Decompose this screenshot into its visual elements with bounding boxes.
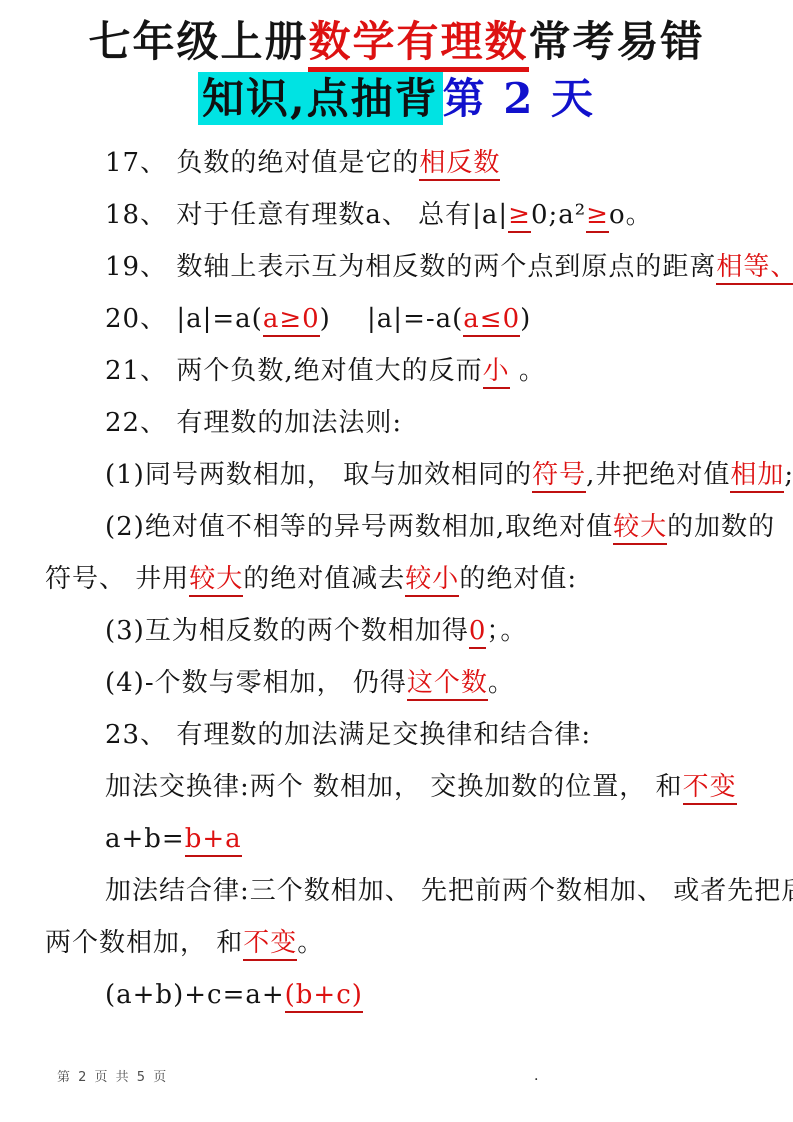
content-line-1-key-term: 相反数	[419, 148, 500, 181]
content-line-16-text: 两个数相加， 和	[45, 928, 243, 958]
content-line-1-text: 17、 负数的绝对值是它的	[105, 148, 419, 178]
content-line-9-text: 的绝对值减去	[243, 564, 405, 594]
content-line-7-key-term: 相加	[730, 460, 784, 493]
content-line-5: 21、 两个负数,绝对值大的反而小 。	[45, 345, 778, 397]
document-title: 七年级上册数学有理数常考易错知识,点抽背第 2 天	[10, 14, 783, 127]
content-line-5-key-term: 小	[483, 356, 510, 389]
content-line-10-text: (3)互为相反数的两个数相加得	[105, 616, 469, 646]
content-line-2: 18、 对于任意有理数a、 总有|a|≥0;a²≥o。	[45, 189, 778, 241]
content-line-9-text: 的绝对值:	[459, 564, 577, 594]
content-line-9-text: 符号、 井用	[45, 564, 189, 594]
content-line-1: 17、 负数的绝对值是它的相反数	[45, 137, 778, 189]
content-line-12: 23、 有理数的加法满足交换律和结合律:	[45, 709, 778, 761]
content-line-7-text: ;	[784, 460, 793, 490]
content-line-7: (1)同号两数相加， 取与加效相同的符号,井把绝对值相加;	[45, 449, 778, 501]
content-line-8-key-term: 较大	[613, 512, 667, 545]
content-line-2-text: 0;a²	[531, 200, 586, 230]
content-line-10: (3)互为相反数的两个数相加得0；。	[45, 605, 778, 657]
content-line-6-text: 22、 有理数的加法法则:	[105, 408, 402, 438]
content-line-17-text: (a+b)+c=a+	[105, 980, 285, 1010]
content-line-17-key-term: (b+c)	[285, 980, 363, 1013]
content-line-3-text: 19、 数轴上表示互为相反数的两个点到原点的距离	[105, 252, 716, 282]
document-page: 七年级上册数学有理数常考易错知识,点抽背第 2 天 17、 负数的绝对值是它的相…	[0, 0, 793, 1122]
content-line-10-key-term: 0	[469, 616, 487, 649]
title-line-1-text: 常考易错	[529, 17, 705, 66]
content-line-4-text: 20、 |a|=a(	[105, 304, 263, 334]
content-line-2-key-term: ≥	[508, 200, 531, 233]
content-line-15-text: 加法结合律:三个数相加、 先把前两个数相加、 或者先把后	[105, 876, 793, 906]
content-line-13-key-term: 不变	[683, 772, 737, 805]
content-line-10-text: ；。	[486, 616, 527, 646]
content-line-11-key-term: 这个数	[407, 668, 488, 701]
title-line-1: 七年级上册数学有理数常考易错	[10, 14, 783, 71]
page-number: 第 2 页 共 5 页	[57, 1066, 168, 1085]
content-line-5-text: 21、 两个负数,绝对值大的反而	[105, 356, 483, 386]
stray-dot-mark: .	[534, 1068, 538, 1084]
content-line-9-key-term: 较小	[405, 564, 459, 597]
content-line-11-text: (4)-个数与零相加， 仍得	[105, 668, 407, 698]
title-line-2: 知识,点抽背第 2 天	[10, 71, 783, 128]
title-line-1-key-term: 数学有理数	[308, 17, 528, 72]
content-line-9-key-term: 较大	[189, 564, 243, 597]
content-line-11: (4)-个数与零相加， 仍得这个数。	[45, 657, 778, 709]
content-line-15: 加法结合律:三个数相加、 先把前两个数相加、 或者先把后	[45, 865, 778, 917]
content-line-2-text: o。	[609, 200, 653, 230]
content-line-4-text: )	[520, 304, 531, 334]
title-line-1-text: 七年级上册	[88, 17, 308, 66]
content-line-2-key-term: ≥	[586, 200, 609, 233]
content-line-4-key-term: a≤0	[463, 304, 520, 337]
content-line-16-key-term: 不变	[243, 928, 297, 961]
content-line-5-text: 。	[510, 356, 546, 386]
title-line-2-text: 第 2 天	[443, 74, 595, 123]
title-line-2-text: 知识,点抽背	[198, 72, 443, 125]
content-line-2-text: 18、 对于任意有理数a、 总有|a|	[105, 200, 508, 230]
document-body: 17、 负数的绝对值是它的相反数18、 对于任意有理数a、 总有|a|≥0;a²…	[45, 137, 778, 1021]
content-line-8-text: 的加数的	[667, 512, 775, 542]
content-line-3: 19、 数轴上表示互为相反数的两个点到原点的距离相等、	[45, 241, 778, 293]
content-line-17: (a+b)+c=a+(b+c)	[45, 969, 778, 1021]
content-line-12-text: 23、 有理数的加法满足交换律和结合律:	[105, 720, 591, 750]
content-line-4-key-term: a≥0	[263, 304, 320, 337]
content-line-11-text: 。	[488, 668, 515, 698]
content-line-16: 两个数相加， 和不变。	[45, 917, 778, 969]
content-line-3-key-term: 相等、	[716, 252, 793, 285]
content-line-6: 22、 有理数的加法法则:	[45, 397, 778, 449]
content-line-14-key-term: b+a	[185, 824, 242, 857]
content-line-4-text: ) |a|=-a(	[320, 304, 464, 334]
content-line-7-key-term: 符号	[532, 460, 586, 493]
content-line-13: 加法交换律:两个 数相加， 交换加数的位置， 和不变	[45, 761, 778, 813]
content-line-7-text: (1)同号两数相加， 取与加效相同的	[105, 460, 532, 490]
content-line-13-text: 加法交换律:两个 数相加， 交换加数的位置， 和	[105, 772, 683, 802]
content-line-14: a+b=b+a	[45, 813, 778, 865]
content-line-16-text: 。	[297, 928, 324, 958]
content-line-4: 20、 |a|=a(a≥0) |a|=-a(a≤0)	[45, 293, 778, 345]
content-line-7-text: ,井把绝对值	[586, 460, 730, 490]
content-line-9: 符号、 井用较大的绝对值减去较小的绝对值:	[45, 553, 778, 605]
content-line-8: (2)绝对值不相等的异号两数相加,取绝对值较大的加数的	[45, 501, 778, 553]
content-line-8-text: (2)绝对值不相等的异号两数相加,取绝对值	[105, 512, 613, 542]
content-line-14-text: a+b=	[105, 824, 185, 854]
